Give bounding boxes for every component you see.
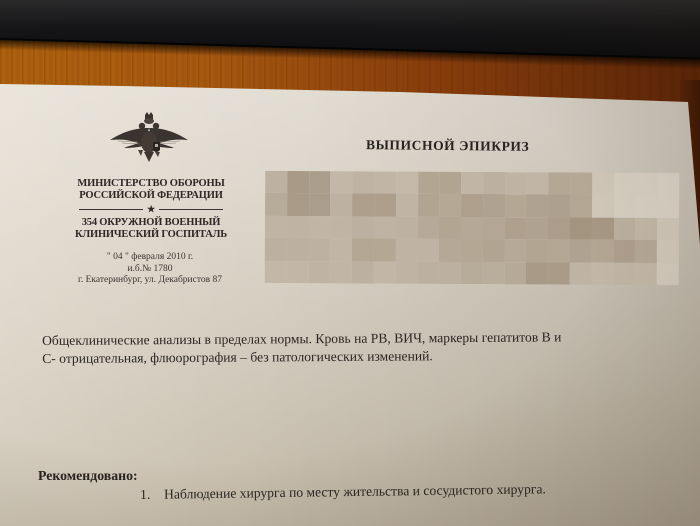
redaction-pixel (439, 194, 461, 217)
redaction-pixel (614, 195, 636, 218)
redaction-pixel (265, 193, 287, 216)
redaction-pixel (526, 239, 548, 262)
redaction-pixel (265, 171, 287, 194)
redacted-personal-info (265, 171, 680, 285)
redaction-pixel (483, 239, 505, 262)
document-meta: " 04 " февраля 2010 г. и.б.№ 1780 г. Ека… (50, 252, 250, 287)
redaction-pixel (548, 262, 570, 285)
redaction-pixel (330, 261, 352, 284)
double-headed-eagle-emblem-icon (108, 112, 190, 164)
redaction-pixel (308, 238, 330, 261)
redaction-pixel (309, 194, 331, 217)
redaction-pixel (417, 239, 439, 262)
redaction-pixel (505, 195, 527, 218)
redaction-pixel (439, 217, 461, 240)
redaction-pixel (635, 240, 657, 263)
redaction-pixel (374, 194, 396, 217)
redaction-pixel (287, 238, 309, 261)
redaction-pixel (461, 217, 483, 240)
redaction-pixel (504, 239, 526, 262)
redaction-pixel (352, 171, 374, 194)
star-icon: ★ (147, 205, 155, 214)
redaction-pixel (548, 240, 570, 263)
redaction-pixel (570, 217, 592, 240)
divider-line-right (159, 209, 223, 211)
redaction-pixel (352, 261, 374, 284)
redaction-pixel (396, 239, 418, 262)
redaction-pixel (309, 216, 331, 239)
redaction-pixel (526, 217, 548, 240)
redaction-pixel (331, 171, 353, 194)
redaction-pixel (548, 172, 570, 195)
redaction-pixel (309, 171, 331, 194)
hospital-line-2: КЛИНИЧЕСКИЙ ГОСПИТАЛЬ (56, 229, 246, 241)
redaction-pixel (505, 217, 527, 240)
redaction-pixel (417, 217, 439, 240)
redaction-pixel (308, 261, 330, 284)
redaction-pixel (635, 262, 657, 285)
hospital-address: г. Екатеринбург, ул. Декабристов 87 (50, 275, 250, 287)
redaction-pixel (505, 172, 527, 195)
redaction-pixel (592, 173, 614, 196)
redaction-pixel (504, 262, 526, 285)
redaction-pixel (657, 263, 679, 286)
redaction-pixel (483, 262, 505, 285)
redaction-pixel (439, 239, 461, 262)
redaction-pixel (265, 238, 287, 261)
document-date: " 04 " февраля 2010 г. (50, 252, 250, 264)
redaction-pixel (592, 262, 614, 285)
redaction-pixel (461, 262, 483, 285)
redaction-pixel (439, 261, 461, 284)
redaction-pixel (352, 216, 374, 239)
redaction-pixel (613, 240, 635, 263)
redaction-pixel (396, 216, 418, 239)
redaction-pixel (286, 261, 308, 284)
redaction-pixel (614, 173, 636, 196)
redaction-pixel (352, 194, 374, 217)
redaction-pixel (287, 171, 309, 194)
redaction-pixel (418, 194, 440, 217)
redaction-pixel (461, 172, 483, 195)
redaction-pixel (374, 171, 396, 194)
redaction-pixel (374, 261, 396, 284)
redaction-pixel (352, 239, 374, 262)
redaction-pixel (657, 173, 679, 196)
redaction-pixel (483, 217, 505, 240)
redaction-pixel (548, 195, 570, 218)
ministry-line-2: РОССИЙСКОЙ ФЕДЕРАЦИИ (56, 190, 246, 202)
recommendation-number: 1. (140, 486, 164, 504)
record-number: и.б.№ 1780 (50, 264, 250, 276)
redaction-pixel (461, 239, 483, 262)
redaction-pixel (396, 172, 418, 195)
redaction-pixel (570, 173, 592, 196)
redaction-pixel (483, 172, 505, 195)
redaction-pixel (396, 194, 418, 217)
redaction-pixel (657, 195, 679, 218)
header-divider: ★ (56, 205, 246, 214)
redaction-pixel (635, 195, 657, 218)
document-title: ВЫПИСНОЙ ЭПИКРИЗ (366, 137, 529, 155)
redaction-pixel (592, 240, 614, 263)
redaction-pixel (592, 217, 614, 240)
redaction-pixel (614, 218, 636, 241)
redaction-pixel (483, 194, 505, 217)
redaction-pixel (265, 216, 287, 239)
redaction-pixel (657, 240, 679, 263)
hospital-line-1: 354 ОКРУЖНОЙ ВОЕННЫЙ (56, 217, 246, 229)
organization-header: МИНИСТЕРСТВО ОБОРОНЫ РОССИЙСКОЙ ФЕДЕРАЦИ… (56, 178, 246, 241)
redaction-pixel (527, 195, 549, 218)
redaction-pixel (636, 173, 658, 196)
divider-line-left (79, 209, 143, 211)
redaction-pixel (526, 262, 548, 285)
redaction-pixel (330, 216, 352, 239)
redaction-pixel (635, 218, 657, 241)
ministry-line-1: МИНИСТЕРСТВО ОБОРОНЫ (56, 178, 246, 190)
redaction-pixel (417, 261, 439, 284)
redaction-pixel (330, 238, 352, 261)
redaction-pixel (395, 261, 417, 284)
redaction-pixel (287, 216, 309, 239)
redaction-pixel (570, 262, 592, 285)
redaction-pixel (527, 172, 549, 195)
redaction-pixel (592, 195, 614, 218)
recommendations-heading: Рекомендовано: (38, 468, 138, 484)
redaction-pixel (418, 172, 440, 195)
redaction-pixel (461, 194, 483, 217)
redaction-pixel (330, 194, 352, 217)
redaction-pixel (265, 261, 287, 284)
redaction-pixel (613, 262, 635, 285)
redaction-pixel (570, 240, 592, 263)
redaction-pixel (287, 193, 309, 216)
lab-results-paragraph: Общеклинические анализы в пределах нормы… (42, 328, 562, 367)
redaction-pixel (439, 172, 461, 195)
redaction-pixel (570, 195, 592, 218)
redaction-pixel (548, 217, 570, 240)
redaction-pixel (657, 218, 679, 241)
redaction-pixel (374, 216, 396, 239)
redaction-pixel (374, 239, 396, 262)
